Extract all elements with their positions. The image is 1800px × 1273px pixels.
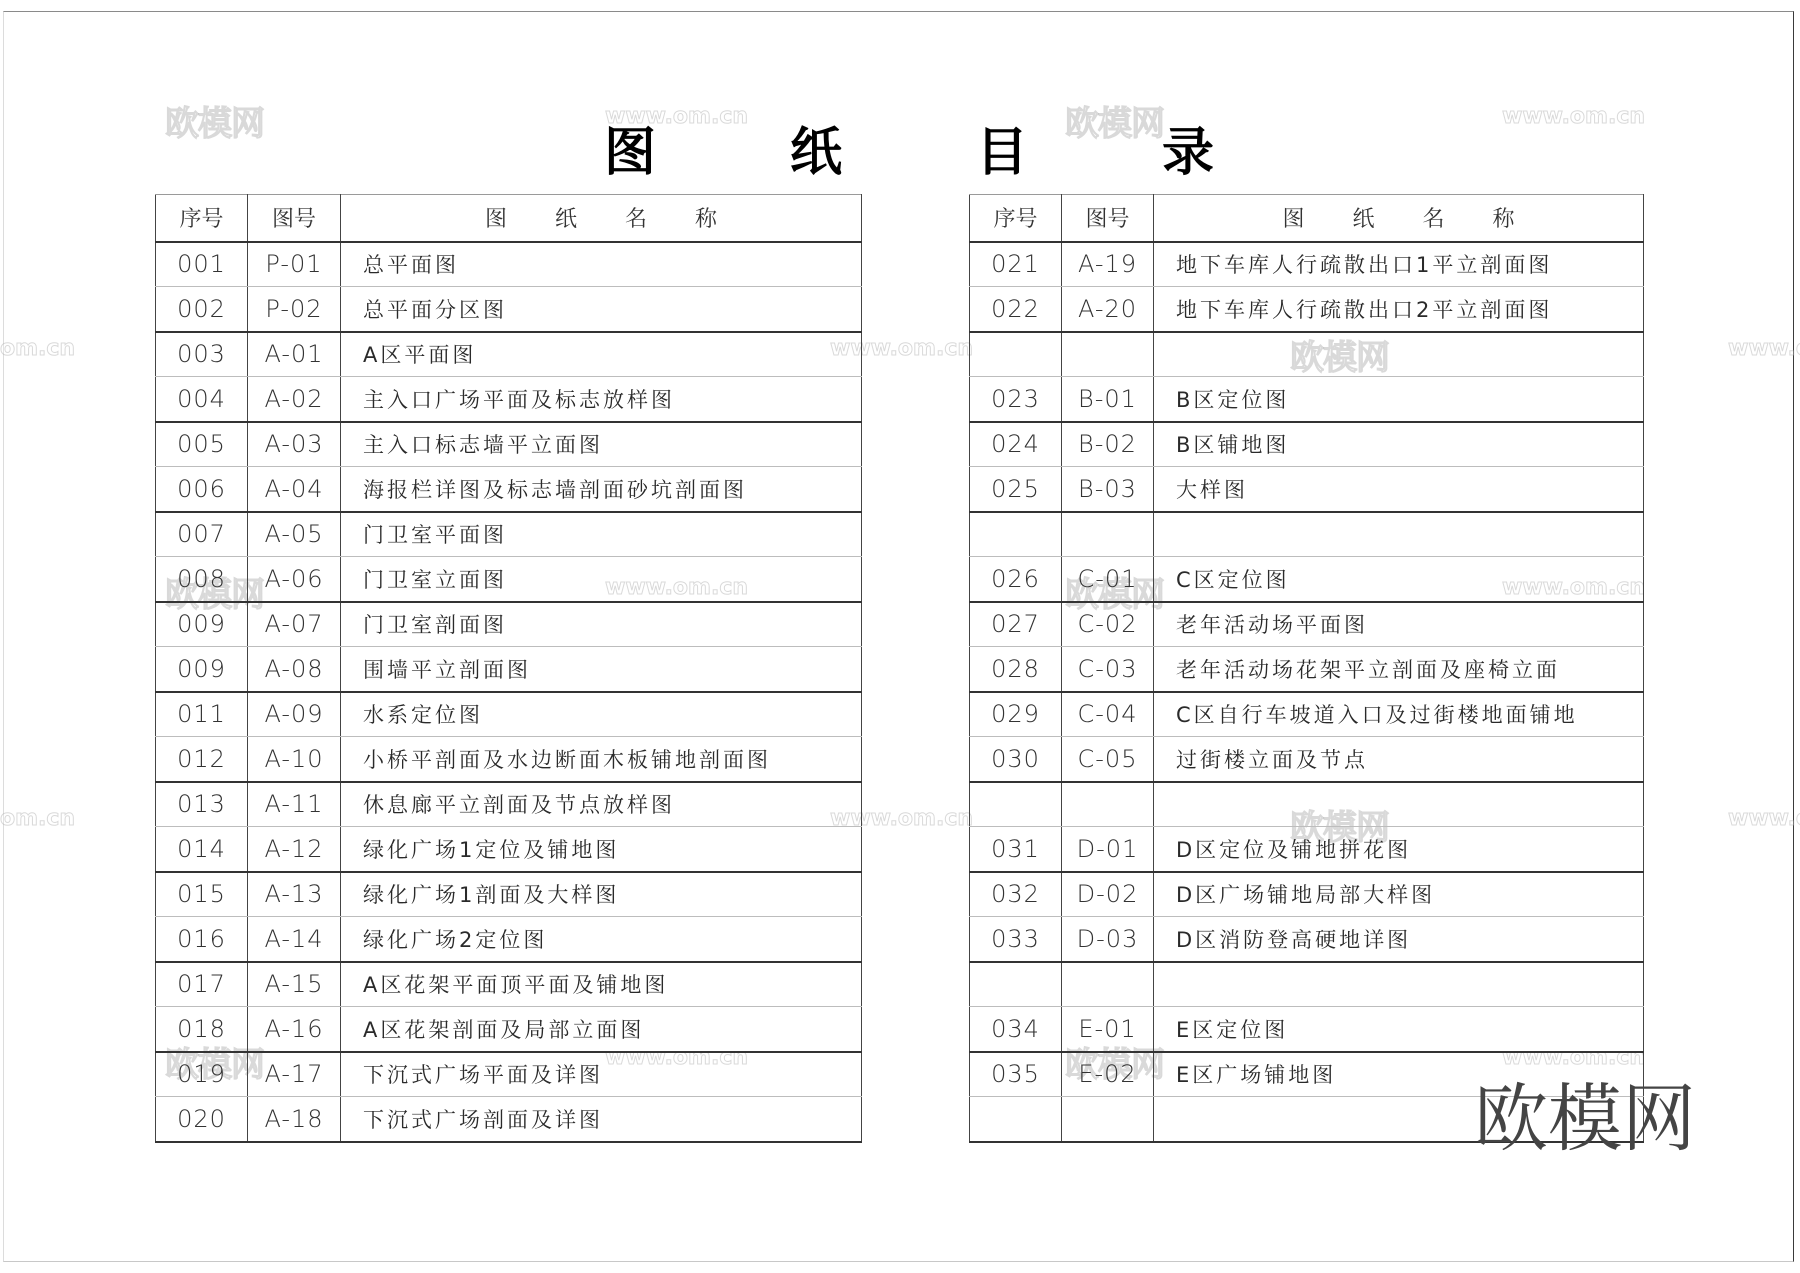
serial-no: 014: [156, 827, 248, 872]
drawing-name: 水系定位图: [341, 692, 862, 737]
drawing-name: [1154, 962, 1644, 1007]
drawing-name: 绿化广场1剖面及大样图: [341, 872, 862, 917]
table-row: 013A-11休息廊平立剖面及节点放样图: [156, 782, 862, 827]
serial-no: 020: [156, 1097, 248, 1142]
table-row: 012A-10小桥平剖面及水边断面木板铺地剖面图: [156, 737, 862, 782]
serial-no: 028: [970, 647, 1062, 692]
header-char: 称: [1469, 202, 1539, 233]
table-row: 029C-04C区自行车坡道入口及过街楼地面铺地: [970, 692, 1644, 737]
drawing-code: C-04: [1062, 692, 1154, 737]
header-char: 图: [1259, 202, 1329, 233]
drawing-code: A-20: [1062, 287, 1154, 332]
page-title: 图 纸 目 录: [604, 112, 1214, 182]
table-row-empty: [970, 782, 1644, 827]
drawing-name: 地下车库人行疏散出口1平立剖面图: [1154, 242, 1644, 287]
table-row: 034E-01E区定位图: [970, 1007, 1644, 1052]
drawing-name: C区自行车坡道入口及过街楼地面铺地: [1154, 692, 1644, 737]
drawing-code: [1062, 332, 1154, 377]
title-char: 目: [976, 110, 1162, 185]
table-row: 032D-02D区广场铺地局部大样图: [970, 872, 1644, 917]
drawing-code: B-03: [1062, 467, 1154, 512]
drawing-code: C-03: [1062, 647, 1154, 692]
drawing-name: 门卫室立面图: [341, 557, 862, 602]
header-drawing-code: 图号: [248, 195, 341, 242]
title-char: 录: [1162, 110, 1214, 185]
drawing-code: A-01: [248, 332, 341, 377]
drawing-name: 总平面分区图: [341, 287, 862, 332]
drawing-code: A-03: [248, 422, 341, 467]
drawing-code: P-01: [248, 242, 341, 287]
serial-no: 013: [156, 782, 248, 827]
serial-no: 015: [156, 872, 248, 917]
header-drawing-name: 图纸名称: [341, 195, 862, 242]
drawing-name: 地下车库人行疏散出口2平立剖面图: [1154, 287, 1644, 332]
header-char: 纸: [531, 202, 601, 233]
drawing-name: 绿化广场1定位及铺地图: [341, 827, 862, 872]
drawing-code: A-19: [1062, 242, 1154, 287]
drawing-name: 大样图: [1154, 467, 1644, 512]
table-row: 026C-01C区定位图: [970, 557, 1644, 602]
table-row: 001P-01总平面图: [156, 242, 862, 287]
drawing-name: 门卫室平面图: [341, 512, 862, 557]
drawing-name: 绿化广场2定位图: [341, 917, 862, 962]
serial-no: 009: [156, 647, 248, 692]
serial-no: 009: [156, 602, 248, 647]
drawing-code: B-01: [1062, 377, 1154, 422]
serial-no: 031: [970, 827, 1062, 872]
table-row-empty: [970, 512, 1644, 557]
drawing-code: A-13: [248, 872, 341, 917]
drawing-code: P-02: [248, 287, 341, 332]
drawing-name: D区广场铺地局部大样图: [1154, 872, 1644, 917]
serial-no: 016: [156, 917, 248, 962]
drawing-code: A-05: [248, 512, 341, 557]
table-row: 007A-05门卫室平面图: [156, 512, 862, 557]
drawing-code: A-08: [248, 647, 341, 692]
header-serial-no: 序号: [156, 195, 248, 242]
table-header: 序号 图号 图纸名称: [970, 195, 1644, 242]
drawing-name: 休息廊平立剖面及节点放样图: [341, 782, 862, 827]
serial-no: 029: [970, 692, 1062, 737]
drawing-code: C-02: [1062, 602, 1154, 647]
drawing-list-table-right: 序号 图号 图纸名称 021A-19地下车库人行疏散出口1平立剖面图 022A-…: [969, 194, 1644, 1143]
drawing-code: D-02: [1062, 872, 1154, 917]
drawing-code: D-03: [1062, 917, 1154, 962]
table-row: 003A-01A区平面图: [156, 332, 862, 377]
drawing-code: A-04: [248, 467, 341, 512]
title-char: 图: [604, 110, 790, 185]
table-row: 022A-20地下车库人行疏散出口2平立剖面图: [970, 287, 1644, 332]
table-row: 020A-18下沉式广场剖面及详图: [156, 1097, 862, 1142]
table-row: 023B-01B区定位图: [970, 377, 1644, 422]
table-row: 014A-12绿化广场1定位及铺地图: [156, 827, 862, 872]
drawing-code: A-09: [248, 692, 341, 737]
table-row: 030C-05过街楼立面及节点: [970, 737, 1644, 782]
table-row: 005A-03主入口标志墙平立面图: [156, 422, 862, 467]
drawing-name: [1154, 782, 1644, 827]
site-watermark-logo: 欧模网: [1474, 1082, 1696, 1156]
drawing-code: E-01: [1062, 1007, 1154, 1052]
drawing-name: D区定位及铺地拼花图: [1154, 827, 1644, 872]
table-row: 008A-06门卫室立面图: [156, 557, 862, 602]
table-row: 002P-02总平面分区图: [156, 287, 862, 332]
table-row: 009A-08围墙平立剖面图: [156, 647, 862, 692]
drawing-code: [1062, 962, 1154, 1007]
table-row: 033D-03D区消防登高硬地详图: [970, 917, 1644, 962]
serial-no: 017: [156, 962, 248, 1007]
serial-no: 035: [970, 1052, 1062, 1097]
drawing-name: 海报栏详图及标志墙剖面砂坑剖面图: [341, 467, 862, 512]
drawing-code: E-02: [1062, 1052, 1154, 1097]
table-row: 024B-02B区铺地图: [970, 422, 1644, 467]
drawing-code: A-14: [248, 917, 341, 962]
table-row: 017A-15A区花架平面顶平面及铺地图: [156, 962, 862, 1007]
header-char: 名: [601, 202, 671, 233]
serial-no: 027: [970, 602, 1062, 647]
serial-no: 002: [156, 287, 248, 332]
table-row: 011A-09水系定位图: [156, 692, 862, 737]
drawing-code: [1062, 512, 1154, 557]
serial-no: 018: [156, 1007, 248, 1052]
drawing-code: D-01: [1062, 827, 1154, 872]
serial-no: 011: [156, 692, 248, 737]
drawing-name: D区消防登高硬地详图: [1154, 917, 1644, 962]
header-char: 称: [671, 202, 741, 233]
drawing-name: A区花架平面顶平面及铺地图: [341, 962, 862, 1007]
drawing-code: A-12: [248, 827, 341, 872]
drawing-code: A-18: [248, 1097, 341, 1142]
serial-no: 007: [156, 512, 248, 557]
header-char: 图: [461, 202, 531, 233]
serial-no: [970, 1097, 1062, 1142]
serial-no: 030: [970, 737, 1062, 782]
drawing-name: C区定位图: [1154, 557, 1644, 602]
table-row: 021A-19地下车库人行疏散出口1平立剖面图: [970, 242, 1644, 287]
drawing-code: A-17: [248, 1052, 341, 1097]
drawing-name: A区平面图: [341, 332, 862, 377]
drawing-name: B区定位图: [1154, 377, 1644, 422]
serial-no: 024: [970, 422, 1062, 467]
drawing-name: [1154, 512, 1644, 557]
drawing-code: B-02: [1062, 422, 1154, 467]
table-header: 序号 图号 图纸名称: [156, 195, 862, 242]
serial-no: 006: [156, 467, 248, 512]
drawing-name: 围墙平立剖面图: [341, 647, 862, 692]
table-row: 004A-02主入口广场平面及标志放样图: [156, 377, 862, 422]
table-row: 028C-03老年活动场花架平立剖面及座椅立面: [970, 647, 1644, 692]
drawing-name: A区花架剖面及局部立面图: [341, 1007, 862, 1052]
serial-no: 034: [970, 1007, 1062, 1052]
table-row: 015A-13绿化广场1剖面及大样图: [156, 872, 862, 917]
drawing-name: 老年活动场平面图: [1154, 602, 1644, 647]
serial-no: 019: [156, 1052, 248, 1097]
drawing-code: [1062, 1097, 1154, 1142]
drawing-name: 下沉式广场剖面及详图: [341, 1097, 862, 1142]
serial-no: 003: [156, 332, 248, 377]
title-char: 纸: [790, 110, 976, 185]
drawing-name: 小桥平剖面及水边断面木板铺地剖面图: [341, 737, 862, 782]
drawing-code: A-10: [248, 737, 341, 782]
serial-no: 008: [156, 557, 248, 602]
drawing-name: B区铺地图: [1154, 422, 1644, 467]
serial-no: 005: [156, 422, 248, 467]
header-char: 纸: [1329, 202, 1399, 233]
drawing-code: A-11: [248, 782, 341, 827]
table-row: 031D-01D区定位及铺地拼花图: [970, 827, 1644, 872]
drawing-code: C-01: [1062, 557, 1154, 602]
table-row-empty: [970, 962, 1644, 1007]
drawing-code: A-15: [248, 962, 341, 1007]
table-row: 025B-03大样图: [970, 467, 1644, 512]
serial-no: [970, 962, 1062, 1007]
serial-no: 021: [970, 242, 1062, 287]
serial-no: [970, 332, 1062, 377]
header-drawing-code: 图号: [1062, 195, 1154, 242]
drawing-name: 下沉式广场平面及详图: [341, 1052, 862, 1097]
serial-no: [970, 512, 1062, 557]
serial-no: 033: [970, 917, 1062, 962]
drawing-name: 主入口广场平面及标志放样图: [341, 377, 862, 422]
serial-no: 023: [970, 377, 1062, 422]
table-row-empty: [970, 332, 1644, 377]
drawing-name: E区定位图: [1154, 1007, 1644, 1052]
drawing-code: [1062, 782, 1154, 827]
drawing-code: A-06: [248, 557, 341, 602]
table-row: 027C-02老年活动场平面图: [970, 602, 1644, 647]
serial-no: 032: [970, 872, 1062, 917]
table-row: 019A-17下沉式广场平面及详图: [156, 1052, 862, 1097]
table-row: 016A-14绿化广场2定位图: [156, 917, 862, 962]
header-char: 名: [1399, 202, 1469, 233]
serial-no: 022: [970, 287, 1062, 332]
header-serial-no: 序号: [970, 195, 1062, 242]
drawing-name: 总平面图: [341, 242, 862, 287]
drawing-name: 老年活动场花架平立剖面及座椅立面: [1154, 647, 1644, 692]
drawing-code: A-16: [248, 1007, 341, 1052]
serial-no: 001: [156, 242, 248, 287]
serial-no: [970, 782, 1062, 827]
serial-no: 012: [156, 737, 248, 782]
serial-no: 004: [156, 377, 248, 422]
drawing-list-table-left: 序号 图号 图纸名称 001P-01总平面图 002P-02总平面分区图 003…: [155, 194, 862, 1143]
drawing-code: A-02: [248, 377, 341, 422]
drawing-name: 门卫室剖面图: [341, 602, 862, 647]
drawing-name: 过街楼立面及节点: [1154, 737, 1644, 782]
serial-no: 025: [970, 467, 1062, 512]
drawing-name: [1154, 332, 1644, 377]
drawing-code: C-05: [1062, 737, 1154, 782]
header-drawing-name: 图纸名称: [1154, 195, 1644, 242]
table-row: 006A-04海报栏详图及标志墙剖面砂坑剖面图: [156, 467, 862, 512]
table-row: 009A-07门卫室剖面图: [156, 602, 862, 647]
serial-no: 026: [970, 557, 1062, 602]
table-row: 018A-16A区花架剖面及局部立面图: [156, 1007, 862, 1052]
drawing-name: 主入口标志墙平立面图: [341, 422, 862, 467]
drawing-code: A-07: [248, 602, 341, 647]
